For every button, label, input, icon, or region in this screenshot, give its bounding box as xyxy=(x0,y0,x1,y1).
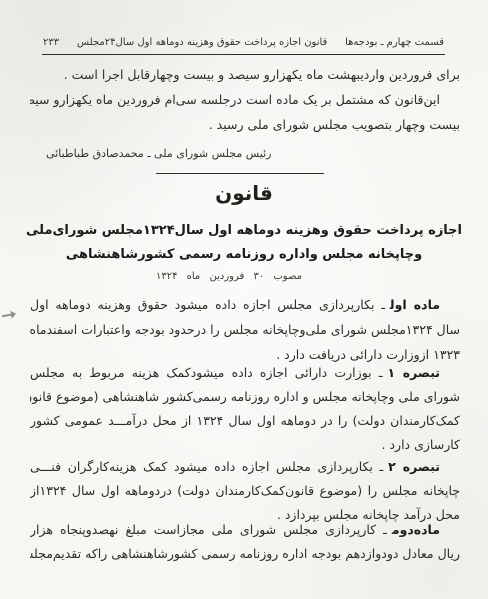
article-1-label: ماده اول xyxy=(390,297,440,312)
law-title-line: اجازه پرداخت حقوق وهزینه دوماهه اول سال۱… xyxy=(20,219,468,243)
article-1: ماده اولـ بکارپردازی مجلس اجازه داده میش… xyxy=(30,292,460,367)
header-section-label: قسمت چهارم ـ بودجه‌ها xyxy=(345,37,444,48)
header-page-number: ۲۳۳ xyxy=(43,37,59,48)
article-1-text: ـ بکارپردازی مجلس اجازه داده میشود حقوق … xyxy=(30,297,385,312)
speaker-signature: رئیس مجلس شورای ملی ـ محمدصادق طباطبائی xyxy=(46,147,272,160)
note-2: تبصره ۲ـ بکارپردازی مجلس اجازه داده میشو… xyxy=(30,455,460,527)
scanned-document-page: قسمت چهارم ـ بودجه‌ها قانون اجازه پرداخت… xyxy=(0,0,488,599)
note-2-label: تبصره ۲ xyxy=(388,459,440,474)
pen-mark-arrowhead xyxy=(10,310,16,319)
header-running-title: قانون اجازه پرداخت حقوق وهزینه دوماهه او… xyxy=(77,37,327,48)
intro-paragraph: برای فروردین واردیبهشت ماه یکهزارو سیصد … xyxy=(30,62,460,137)
note-1-line: کارسازی دارد . xyxy=(30,433,460,457)
law-approval-date: مصوب ۳۰ فروردین ماه ۱۳۲۴ xyxy=(0,271,488,282)
law-title: اجازه پرداخت حقوق وهزینه دوماهه اول سال۱… xyxy=(20,219,468,267)
intro-line: برای فروردین واردیبهشت ماه یکهزارو سیصد … xyxy=(30,62,460,87)
intro-line: این‌قانون که مشتمل بر یک ماده است درجلسه… xyxy=(30,87,460,112)
note-1-text: ـ بوزارت دارائی اجازه داده میشودکمک هزین… xyxy=(30,365,383,380)
header-divider-rule xyxy=(42,54,445,55)
intro-line: بیست وچهار بتصویب مجلس شورای ملی رسید . xyxy=(30,112,460,137)
margin-pen-mark-artifact xyxy=(1,310,16,319)
article-2-text: ـ کارپردازی مجلس شورای ملی مجازاست مبلغ … xyxy=(30,522,387,537)
law-title-line: وچاپخانه مجلس واداره روزنامه رسمی کشورشا… xyxy=(20,243,468,267)
article-1-line: سال ۱۳۲۴مجلس شورای ملی‌وچاپخانه مجلس را … xyxy=(30,317,460,342)
article-2-line: ریال معادل دودوازدهم بودجه اداره روزنامه… xyxy=(30,542,460,566)
article-2-line: ماده‌دومـ کارپردازی مجلس شورای ملی مجازا… xyxy=(30,518,460,542)
article-2: ماده‌دومـ کارپردازی مجلس شورای ملی مجازا… xyxy=(30,518,460,566)
note-2-line: چاپخانه مجلس را (موضوع قانون‌کمک‌کارمندا… xyxy=(30,479,460,503)
note-2-line: تبصره ۲ـ بکارپردازی مجلس اجازه داده میشو… xyxy=(30,455,460,479)
law-heading: قانون xyxy=(0,181,488,205)
note-1: تبصره ۱ـ بوزارت دارائی اجازه داده میشودک… xyxy=(30,361,460,457)
note-1-label: تبصره ۱ xyxy=(388,365,441,380)
law-divider-rule xyxy=(156,173,324,174)
note-1-line: کمک‌کارمندان دولت) را در دوماهه اول سال … xyxy=(30,409,460,433)
page-header: قسمت چهارم ـ بودجه‌ها قانون اجازه پرداخت… xyxy=(43,37,444,48)
note-1-line: تبصره ۱ـ بوزارت دارائی اجازه داده میشودک… xyxy=(30,361,460,385)
note-2-text: ـ بکارپردازی مجلس اجازه داده میشود کمک ه… xyxy=(30,459,383,474)
article-1-line: ماده اولـ بکارپردازی مجلس اجازه داده میش… xyxy=(30,292,460,317)
article-2-label: ماده‌دوم xyxy=(392,522,440,537)
note-1-line: شورای ملی وچاپخانه مجلس و اداره روزنامه … xyxy=(30,385,460,409)
